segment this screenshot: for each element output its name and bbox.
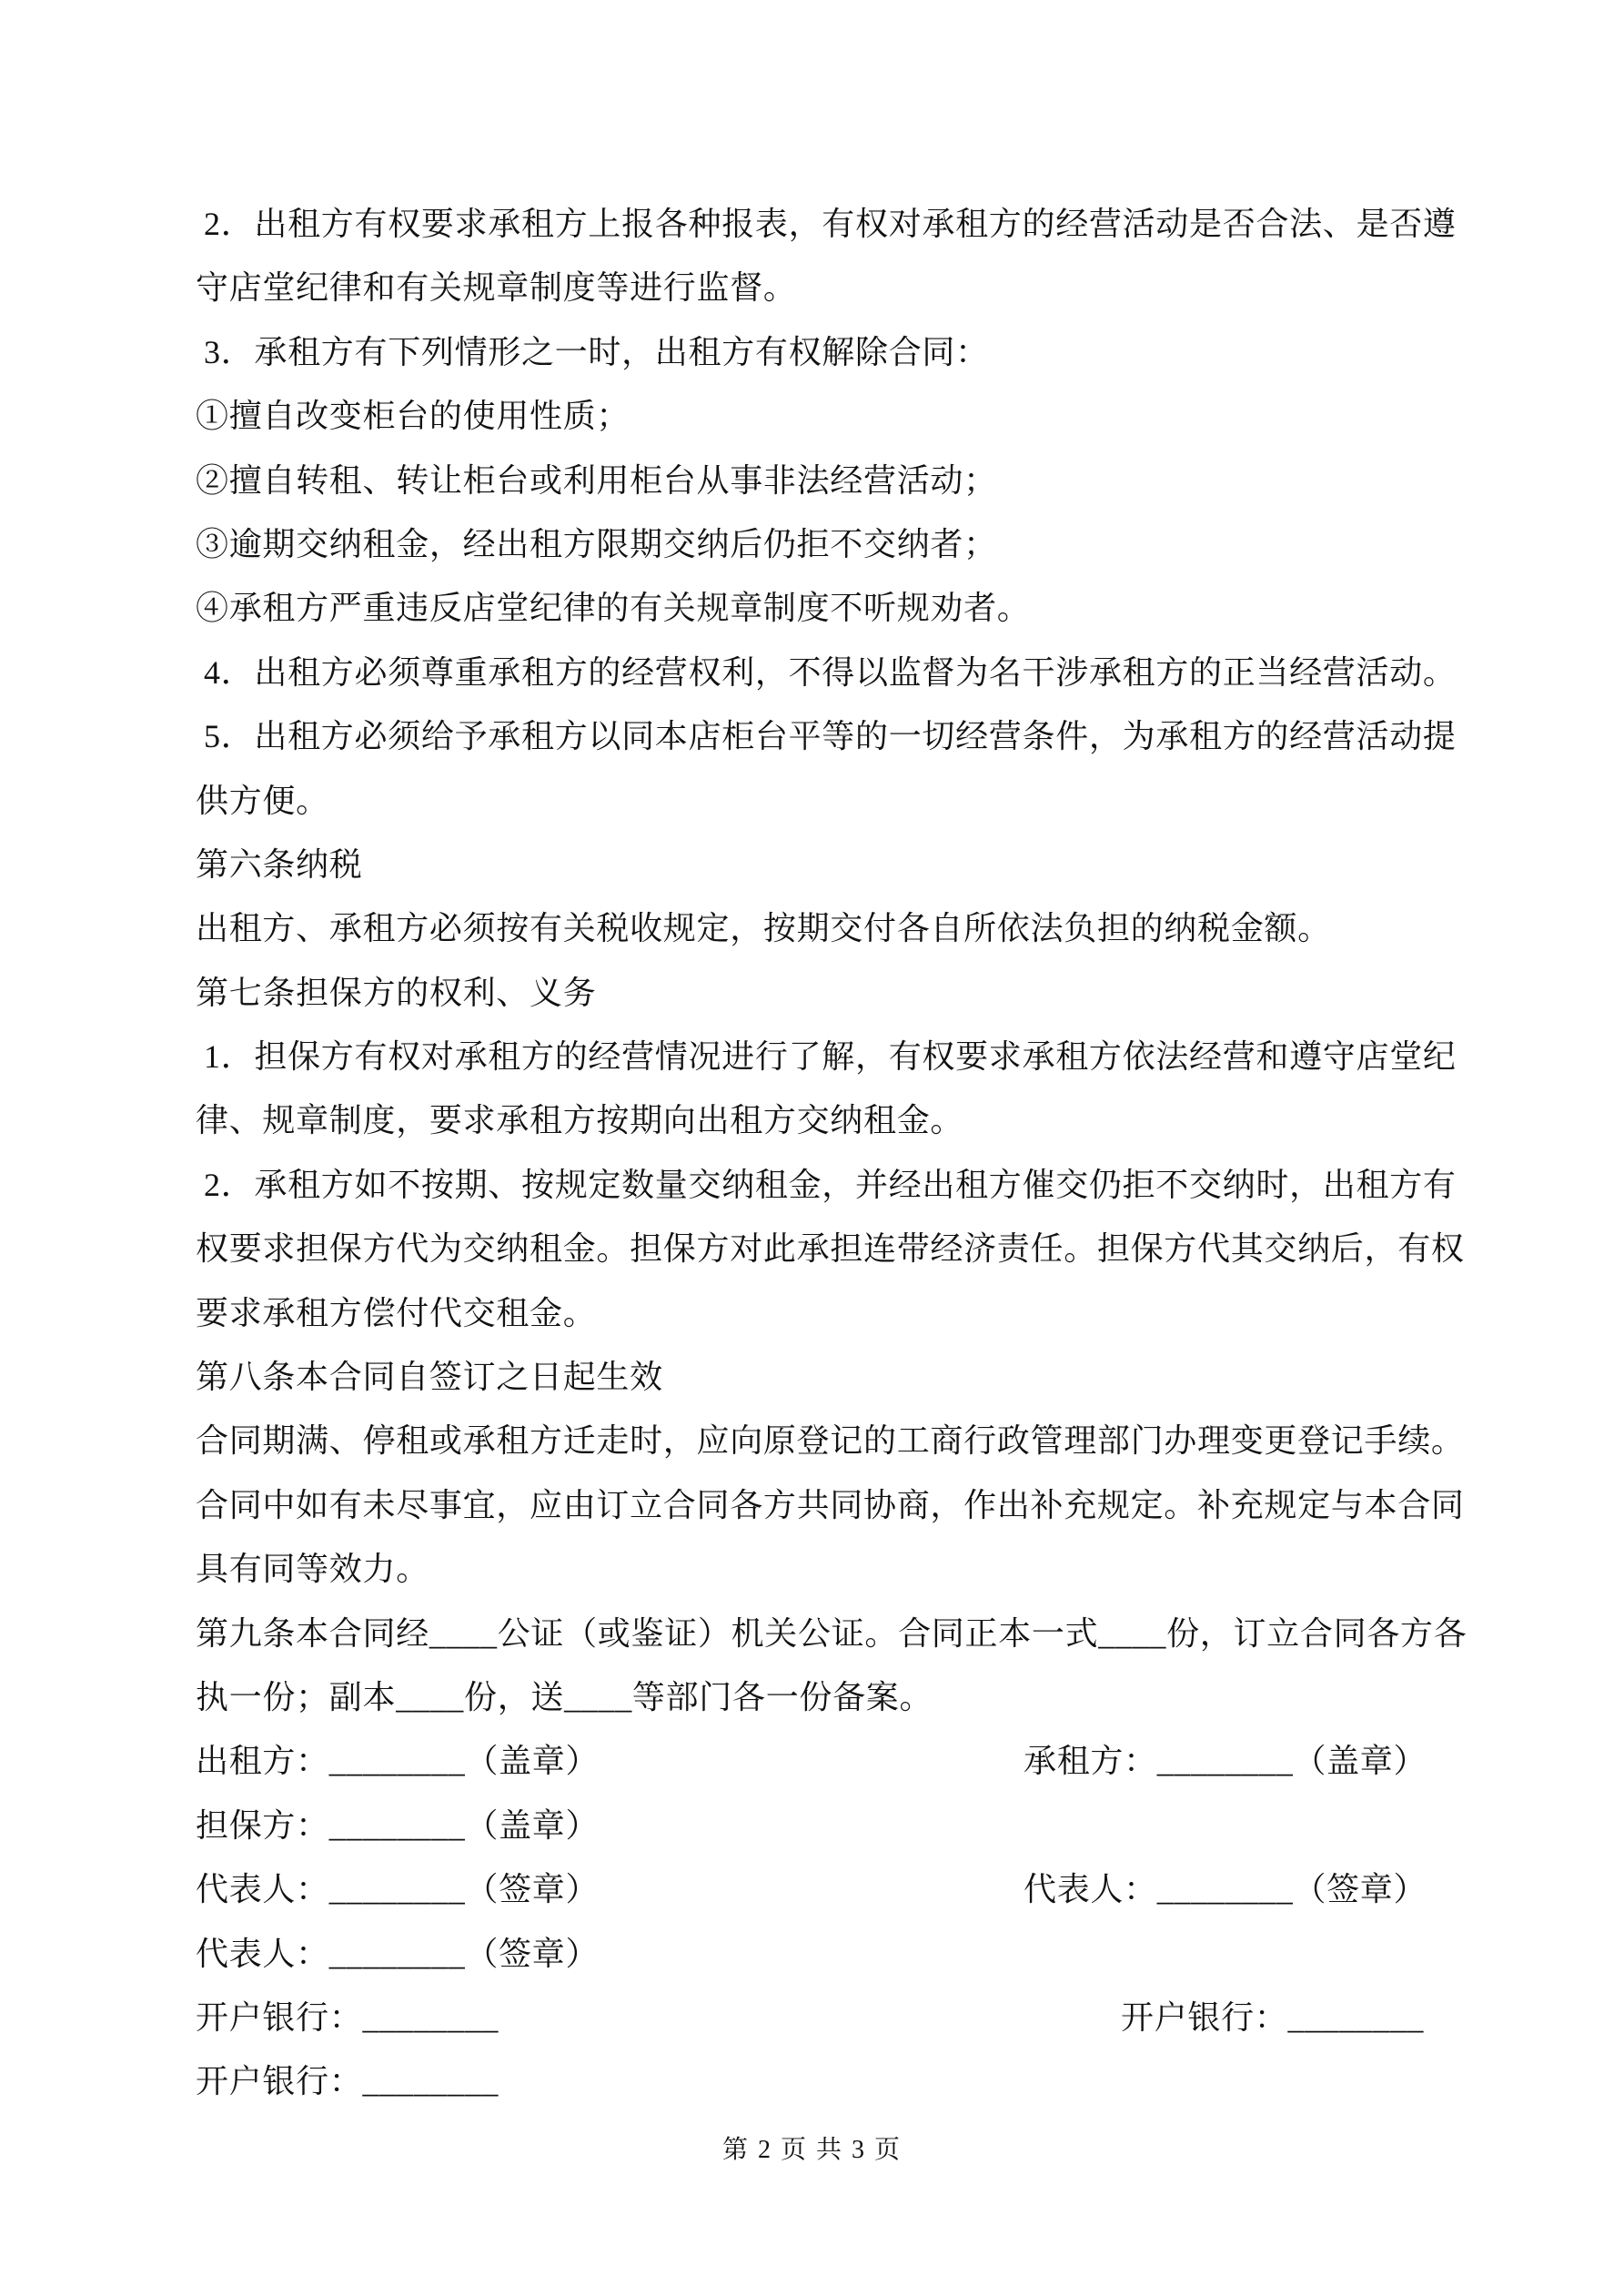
signature-left-lessor: 出租方：________（盖章） — [196, 1743, 599, 1779]
document-page: 2．出租方有权要求承租方上报各种报表，有权对承租方的经营活动是否合法、是否遵 守… — [0, 0, 1624, 2296]
contract-line: 出租方、承租方必须按有关税收规定，按期交付各自所依法负担的纳税金额。 — [196, 896, 1469, 960]
signature-row: 代表人：________（签章） — [196, 1922, 1469, 1986]
contract-line: 权要求担保方代为交纳租金。担保方对此承担连带经济责任。担保方代其交纳后，有权 — [196, 1217, 1469, 1280]
contract-line: 合同期满、停租或承租方迁走时，应向原登记的工商行政管理部门办理变更登记手续。 — [196, 1409, 1469, 1472]
contract-line: ①擅自改变柜台的使用性质； — [196, 384, 1469, 448]
contract-line: 律、规章制度，要求承租方按期向出租方交纳租金。 — [196, 1088, 1469, 1152]
contract-line: 守店堂纪律和有关规章制度等进行监督。 — [196, 256, 1469, 319]
contract-section-heading: 第九条本合同经____公证（或鉴证）机关公证。合同正本一式____份，订立合同各… — [196, 1602, 1469, 1665]
contract-line: 4．出租方必须尊重承租方的经营权利，不得以监督为名干涉承租方的正当经营活动。 — [196, 641, 1469, 704]
signature-right-representative: 代表人：________（签章） — [1024, 1857, 1427, 1921]
signature-left-representative: 代表人：________（签章） — [196, 1871, 599, 1907]
signature-row: 代表人：________（签章） 代表人：________（签章） — [196, 1857, 1469, 1921]
signature-left-bank: 开户银行：________ — [196, 1999, 499, 2036]
signature-row: 开户银行：________ 开户银行：________ — [196, 1986, 1469, 2049]
signature-right-bank: 开户银行：________ — [1121, 1986, 1424, 2049]
contract-section-heading: 第八条本合同自签订之日起生效 — [196, 1345, 1469, 1409]
signature-left-guarantor: 担保方：________（盖章） — [196, 1807, 599, 1844]
contract-section-heading: 第六条纳税 — [196, 833, 1469, 896]
contract-line: 3．承租方有下列情形之一时，出租方有权解除合同： — [196, 320, 1469, 384]
contract-line: ③逾期交纳租金，经出租方限期交纳后仍拒不交纳者； — [196, 512, 1469, 576]
signature-right-lessee: 承租方：________（盖章） — [1024, 1729, 1427, 1793]
contract-line: 执一份；副本____份，送____等部门各一份备案。 — [196, 1665, 1469, 1729]
signature-row: 出租方：________（盖章） 承租方：________（盖章） — [196, 1729, 1469, 1793]
contract-line: 1．担保方有权对承租方的经营情况进行了解，有权要求承租方依法经营和遵守店堂纪 — [196, 1025, 1469, 1088]
signature-row: 担保方：________（盖章） — [196, 1794, 1469, 1857]
contract-section-heading: 第七条担保方的权利、义务 — [196, 961, 1469, 1025]
contract-line: 合同中如有未尽事宜，应由订立合同各方共同协商，作出补充规定。补充规定与本合同 — [196, 1473, 1469, 1537]
signature-left-bank: 开户银行：________ — [196, 2063, 499, 2099]
contract-line: 5．出租方必须给予承租方以同本店柜台平等的一切经营条件，为承租方的经营活动提 — [196, 704, 1469, 768]
contract-line: 2．承租方如不按期、按规定数量交纳租金，并经出租方催交仍拒不交纳时，出租方有 — [196, 1153, 1469, 1217]
signature-row: 开户银行：________ — [196, 2049, 1469, 2113]
page-footer: 第 2 页 共 3 页 — [0, 2129, 1624, 2166]
contract-line: 具有同等效力。 — [196, 1537, 1469, 1601]
contract-line: ④承租方严重违反店堂纪律的有关规章制度不听规劝者。 — [196, 576, 1469, 640]
contract-body: 2．出租方有权要求承租方上报各种报表，有权对承租方的经营活动是否合法、是否遵 守… — [196, 192, 1469, 2114]
contract-line: 供方便。 — [196, 769, 1469, 833]
contract-line: ②擅自转租、转让柜台或利用柜台从事非法经营活动； — [196, 449, 1469, 512]
contract-line: 要求承租方偿付代交租金。 — [196, 1281, 1469, 1345]
contract-line: 2．出租方有权要求承租方上报各种报表，有权对承租方的经营活动是否合法、是否遵 — [196, 192, 1469, 256]
signature-left-representative: 代表人：________（签章） — [196, 1936, 599, 1972]
